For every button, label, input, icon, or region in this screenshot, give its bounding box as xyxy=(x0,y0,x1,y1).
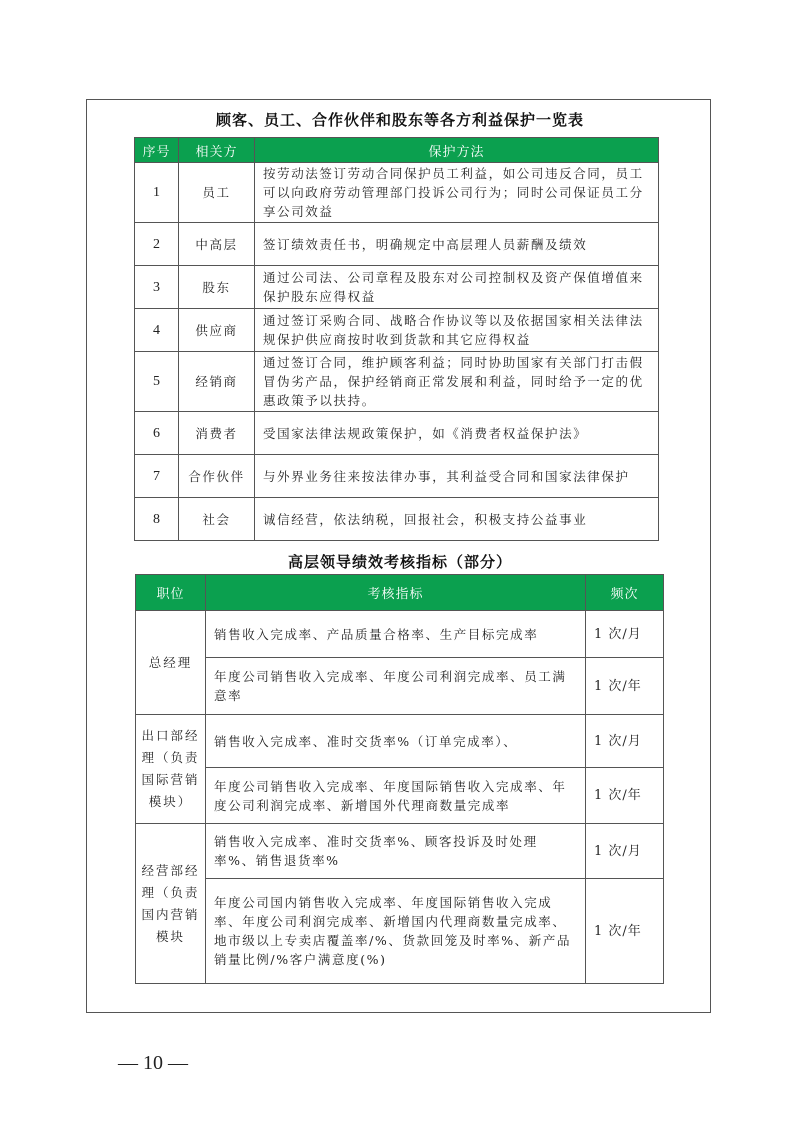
row-method: 受国家法律法规政策保护，如《消费者权益保护法》 xyxy=(255,412,659,455)
header-frequency: 频次 xyxy=(586,575,664,611)
page-number: — 10 — xyxy=(118,1052,188,1075)
table-header-row: 序号 相关方 保护方法 xyxy=(135,138,659,163)
position-cell: 出口部经理（负责国际营销模块） xyxy=(136,715,206,824)
table-row: 7 合作伙伴 与外界业务往来按法律办事，其利益受合同和国家法律保护 xyxy=(135,455,659,498)
table-row: 年度公司销售收入完成率、年度公司利润完成率、员工满意率 1 次/年 xyxy=(136,658,664,715)
table-row: 经营部经理（负责国内营销模块 销售收入完成率、准时交货率%、顾客投诉及时处理率%… xyxy=(136,824,664,879)
row-no: 6 xyxy=(135,412,179,455)
table-row: 2 中高层 签订绩效责任书，明确规定中高层理人员薪酬及绩效 xyxy=(135,223,659,266)
frequency-cell: 1 次/年 xyxy=(586,658,664,715)
table1-title: 顾客、员工、合作伙伴和股东等各方利益保护一览表 xyxy=(0,109,800,130)
row-method: 通过公司法、公司章程及股东对公司控制权及资产保值增值来保护股东应得权益 xyxy=(255,266,659,309)
table-header-row: 职位 考核指标 频次 xyxy=(136,575,664,611)
row-party: 供应商 xyxy=(179,309,255,352)
row-no: 1 xyxy=(135,163,179,223)
header-indicator: 考核指标 xyxy=(206,575,586,611)
row-party: 合作伙伴 xyxy=(179,455,255,498)
table-row: 出口部经理（负责国际营销模块） 销售收入完成率、准时交货率%（订单完成率）、 1… xyxy=(136,715,664,768)
row-party: 消费者 xyxy=(179,412,255,455)
row-no: 5 xyxy=(135,352,179,412)
indicator-cell: 年度公司销售收入完成率、年度公司利润完成率、员工满意率 xyxy=(206,658,586,715)
row-method: 与外界业务往来按法律办事，其利益受合同和国家法律保护 xyxy=(255,455,659,498)
table-row: 总经理 销售收入完成率、产品质量合格率、生产目标完成率 1 次/月 xyxy=(136,611,664,658)
row-party: 股东 xyxy=(179,266,255,309)
row-method: 诚信经营，依法纳税，回报社会，积极支持公益事业 xyxy=(255,498,659,541)
table2-title: 高层领导绩效考核指标（部分） xyxy=(0,551,800,572)
position-label: 总经理 xyxy=(136,652,205,674)
row-party: 社会 xyxy=(179,498,255,541)
row-party: 经销商 xyxy=(179,352,255,412)
executive-kpi-table: 职位 考核指标 频次 总经理 销售收入完成率、产品质量合格率、生产目标完成率 1… xyxy=(135,574,664,984)
frequency-cell: 1 次/月 xyxy=(586,611,664,658)
row-no: 4 xyxy=(135,309,179,352)
indicator-cell: 销售收入完成率、准时交货率%（订单完成率）、 xyxy=(206,715,586,768)
row-method: 通过签订采购合同、战略合作协议等以及依据国家相关法律法规保护供应商按时收到货款和… xyxy=(255,309,659,352)
position-cell: 经营部经理（负责国内营销模块 xyxy=(136,824,206,984)
position-cell: 总经理 xyxy=(136,611,206,715)
table-row: 年度公司国内销售收入完成率、年度国际销售收入完成率、年度公司利润完成率、新增国内… xyxy=(136,879,664,984)
row-no: 8 xyxy=(135,498,179,541)
table-row: 1 员工 按劳动法签订劳动合同保护员工利益，如公司违反合同，员工可以向政府劳动管… xyxy=(135,163,659,223)
table-row: 6 消费者 受国家法律法规政策保护，如《消费者权益保护法》 xyxy=(135,412,659,455)
row-party: 中高层 xyxy=(179,223,255,266)
indicator-cell: 年度公司销售收入完成率、年度国际销售收入完成率、年度公司利润完成率、新增国外代理… xyxy=(206,768,586,824)
frequency-cell: 1 次/年 xyxy=(586,879,664,984)
row-no: 2 xyxy=(135,223,179,266)
table-row: 5 经销商 通过签订合同，维护顾客利益；同时协助国家有关部门打击假冒伪劣产品，保… xyxy=(135,352,659,412)
position-label: 经营部经理（负责国内营销模块 xyxy=(136,860,205,948)
header-method: 保护方法 xyxy=(255,138,659,163)
table-row: 3 股东 通过公司法、公司章程及股东对公司控制权及资产保值增值来保护股东应得权益 xyxy=(135,266,659,309)
header-position: 职位 xyxy=(136,575,206,611)
frequency-cell: 1 次/年 xyxy=(586,768,664,824)
table-row: 年度公司销售收入完成率、年度国际销售收入完成率、年度公司利润完成率、新增国外代理… xyxy=(136,768,664,824)
header-no: 序号 xyxy=(135,138,179,163)
row-method: 通过签订合同，维护顾客利益；同时协助国家有关部门打击假冒伪劣产品，保护经销商正常… xyxy=(255,352,659,412)
table-row: 8 社会 诚信经营，依法纳税，回报社会，积极支持公益事业 xyxy=(135,498,659,541)
indicator-cell: 销售收入完成率、准时交货率%、顾客投诉及时处理率%、销售退货率% xyxy=(206,824,586,879)
indicator-cell: 销售收入完成率、产品质量合格率、生产目标完成率 xyxy=(206,611,586,658)
stakeholder-protection-table: 序号 相关方 保护方法 1 员工 按劳动法签订劳动合同保护员工利益，如公司违反合… xyxy=(134,137,659,541)
table-row: 4 供应商 通过签订采购合同、战略合作协议等以及依据国家相关法律法规保护供应商按… xyxy=(135,309,659,352)
indicator-cell: 年度公司国内销售收入完成率、年度国际销售收入完成率、年度公司利润完成率、新增国内… xyxy=(206,879,586,984)
row-no: 7 xyxy=(135,455,179,498)
frequency-cell: 1 次/月 xyxy=(586,715,664,768)
row-no: 3 xyxy=(135,266,179,309)
frequency-cell: 1 次/月 xyxy=(586,824,664,879)
row-method: 签订绩效责任书，明确规定中高层理人员薪酬及绩效 xyxy=(255,223,659,266)
row-method: 按劳动法签订劳动合同保护员工利益，如公司违反合同，员工可以向政府劳动管理部门投诉… xyxy=(255,163,659,223)
position-label: 出口部经理（负责国际营销模块） xyxy=(136,725,205,813)
header-party: 相关方 xyxy=(179,138,255,163)
row-party: 员工 xyxy=(179,163,255,223)
